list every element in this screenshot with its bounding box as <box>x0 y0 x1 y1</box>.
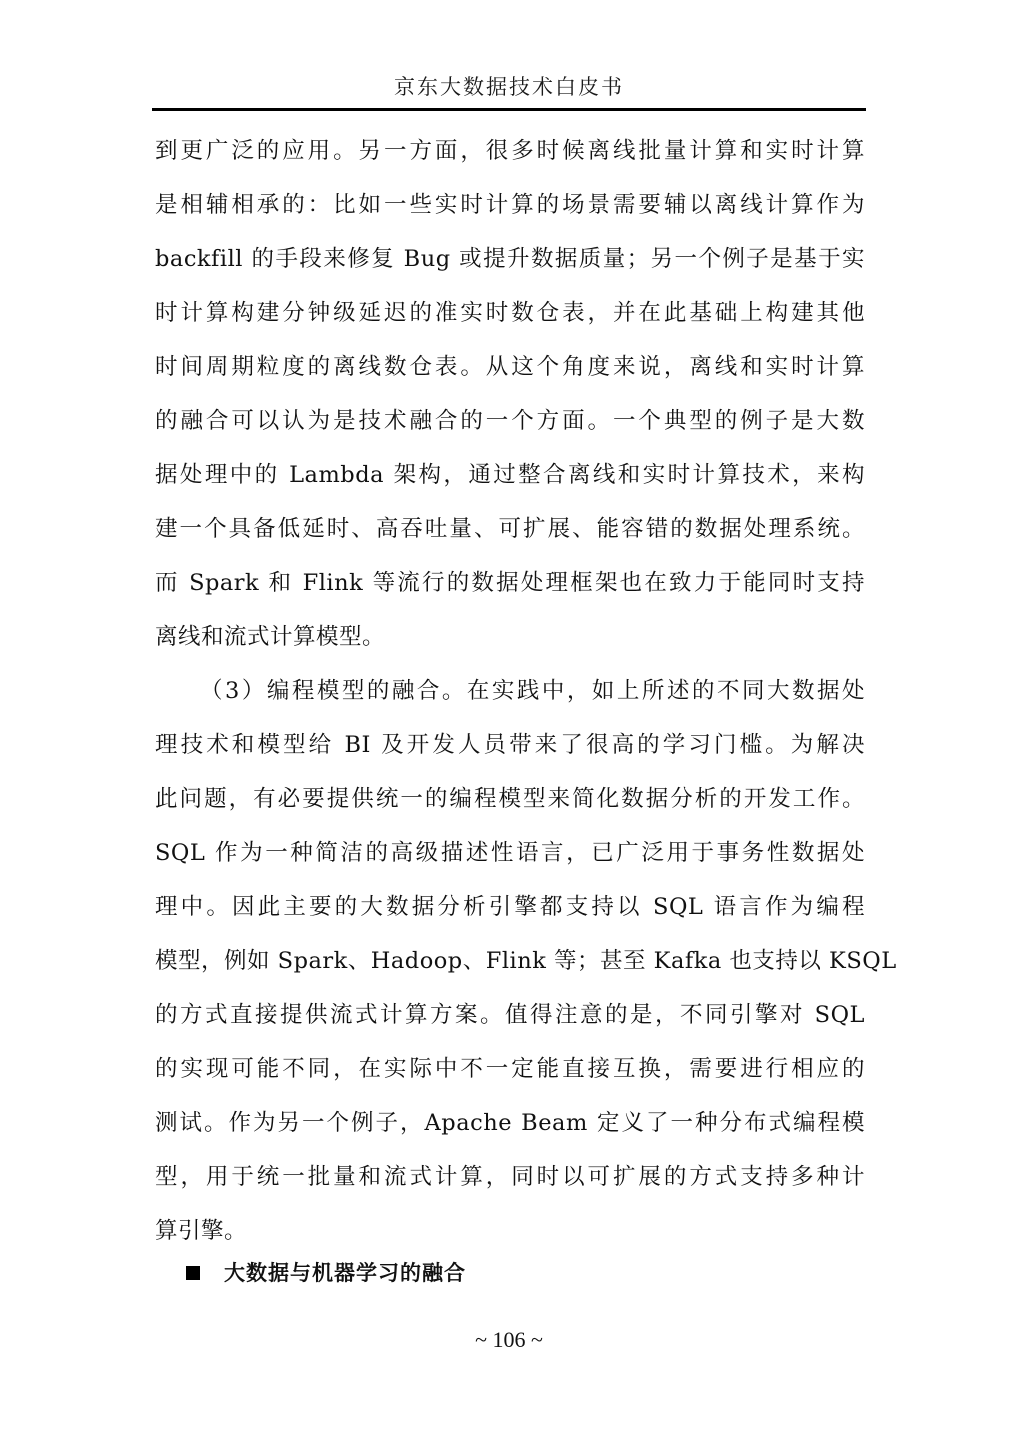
page-number: ~ 106 ~ <box>152 1325 866 1355</box>
paragraph-line: 据处理中的 Lambda 架构，通过整合离线和实时计算技术，来构 <box>155 448 865 502</box>
paragraph-line: 离线和流式计算模型。 <box>155 610 865 664</box>
body-text: 到更广泛的应用。另一方面，很多时候离线批量计算和实时计算 是相辅相承的：比如一些… <box>155 124 865 1258</box>
paragraph-line: 是相辅相承的：比如一些实时计算的场景需要辅以离线计算作为 <box>155 178 865 232</box>
paragraph-line: 测试。作为另一个例子，Apache Beam 定义了一种分布式编程模 <box>155 1096 865 1150</box>
paragraph-line: 此问题，有必要提供统一的编程模型来简化数据分析的开发工作。 <box>155 772 865 826</box>
paragraph-line: （3）编程模型的融合。在实践中，如上所述的不同大数据处 <box>155 664 865 718</box>
paragraph-line: 理中。因此主要的大数据分析引擎都支持以 SQL 语言作为编程 <box>155 880 865 934</box>
paragraph-line: 的方式直接提供流式计算方案。值得注意的是，不同引擎对 SQL <box>155 988 865 1042</box>
square-bullet-icon <box>186 1266 200 1280</box>
section-heading: 大数据与机器学习的融合 <box>186 1255 466 1291</box>
section-heading-text: 大数据与机器学习的融合 <box>224 1255 466 1291</box>
paragraph-line: 建一个具备低延时、高吞吐量、可扩展、能容错的数据处理系统。 <box>155 502 865 556</box>
paragraph-line: 模型，例如 Spark、Hadoop、Flink 等；甚至 Kafka 也支持以… <box>155 934 865 988</box>
paragraph-line: 型，用于统一批量和流式计算，同时以可扩展的方式支持多种计 <box>155 1150 865 1204</box>
paragraph-line: backfill 的手段来修复 Bug 或提升数据质量；另一个例子是基于实 <box>155 232 865 286</box>
paragraph-line: 的实现可能不同，在实际中不一定能直接互换，需要进行相应的 <box>155 1042 865 1096</box>
paragraph-line: 算引擎。 <box>155 1204 865 1258</box>
paragraph-line: 到更广泛的应用。另一方面，很多时候离线批量计算和实时计算 <box>155 124 865 178</box>
paragraph-line: 而 Spark 和 Flink 等流行的数据处理框架也在致力于能同时支持 <box>155 556 865 610</box>
paragraph-line: 的融合可以认为是技术融合的一个方面。一个典型的例子是大数 <box>155 394 865 448</box>
paragraph-line: 时间周期粒度的离线数仓表。从这个角度来说，离线和实时计算 <box>155 340 865 394</box>
running-header-title: 京东大数据技术白皮书 <box>152 72 866 102</box>
header-divider <box>152 108 866 111</box>
paragraph-line: 时计算构建分钟级延迟的准实时数仓表，并在此基础上构建其他 <box>155 286 865 340</box>
paragraph-line: SQL 作为一种简洁的高级描述性语言，已广泛用于事务性数据处 <box>155 826 865 880</box>
paragraph-line: 理技术和模型给 BI 及开发人员带来了很高的学习门槛。为解决 <box>155 718 865 772</box>
